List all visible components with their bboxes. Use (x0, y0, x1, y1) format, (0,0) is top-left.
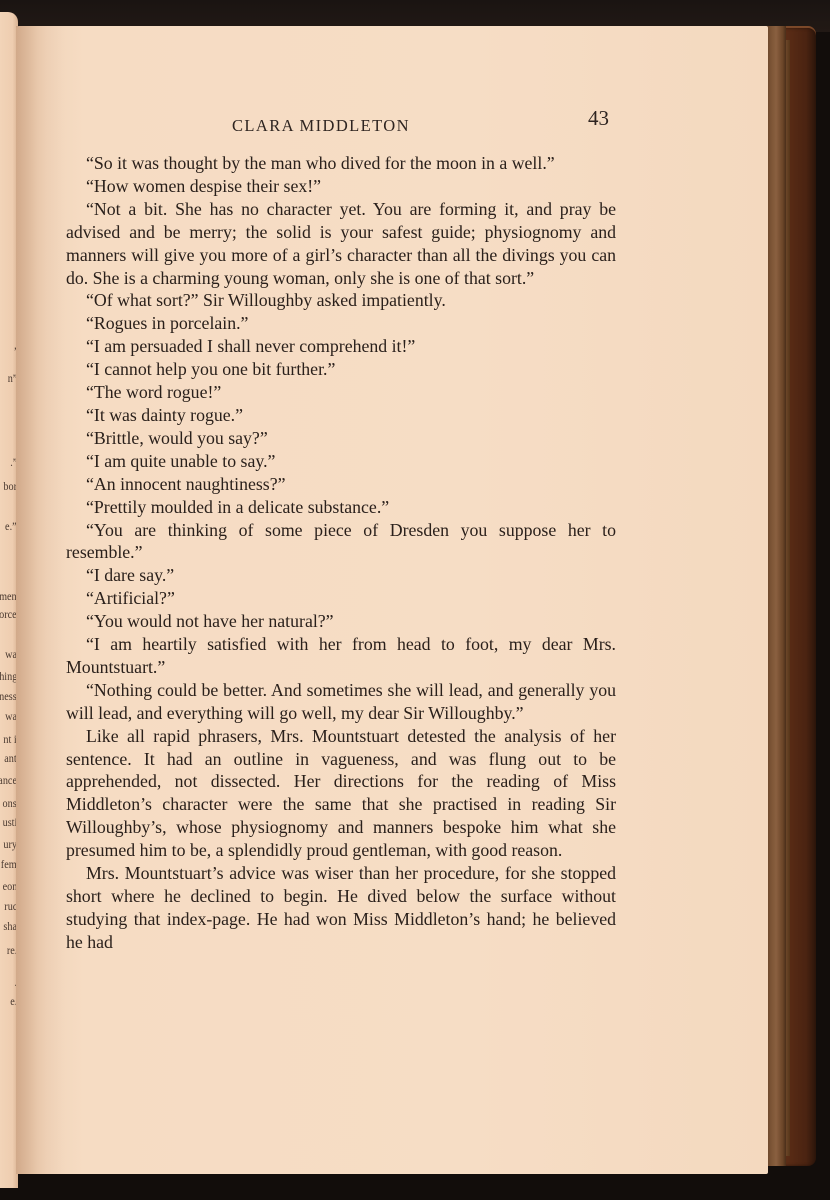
paragraph: “Nothing could be better. And sometimes … (66, 679, 616, 725)
paragraph: “I am quite unable to say.” (66, 450, 616, 473)
paragraph: “I am persuaded I shall never comprehend… (66, 335, 616, 358)
paragraph: “Not a bit. She has no character yet. Yo… (66, 198, 616, 290)
paragraph: “You would not have her natural?” (66, 610, 616, 633)
facing-page-text-fragment: fem (1, 858, 17, 870)
facing-page-text-fragment: orce (0, 608, 17, 620)
paragraph: “So it was thought by the man who dived … (66, 152, 616, 175)
facing-page-text-fragment: ance (0, 774, 17, 786)
paragraph: Like all rapid phrasers, Mrs. Mountstuar… (66, 725, 616, 862)
paragraph: “I dare say.” (66, 564, 616, 587)
paragraph: “Artificial?” (66, 587, 616, 610)
running-head: CLARA MIDDLETON (232, 116, 410, 136)
facing-page-text-fragment: eon (2, 880, 17, 892)
facing-page-text-fragment: bor (3, 480, 17, 492)
paragraph: “I cannot help you one bit further.” (66, 358, 616, 381)
facing-page-text-fragment: men (0, 590, 17, 602)
paragraph: “I am heartily satisfied with her from h… (66, 633, 616, 679)
facing-page-text-fragment: usti (2, 816, 17, 828)
facing-page-text-fragment: hing (0, 670, 17, 682)
paragraph: “The word rogue!” (66, 381, 616, 404)
paragraph: “Rogues in porcelain.” (66, 312, 616, 335)
paragraph: “Prettily moulded in a delicate substanc… (66, 496, 616, 519)
page-number: 43 (588, 106, 609, 131)
paragraph: “You are thinking of some piece of Dresd… (66, 519, 616, 565)
page-body-text: “So it was thought by the man who dived … (66, 152, 616, 954)
paragraph: “It was dainty rogue.” (66, 404, 616, 427)
paragraph: Mrs. Mountstuart’s advice was wiser than… (66, 862, 616, 954)
facing-page-text-fragment: ury (3, 838, 17, 850)
paragraph: “Of what sort?” Sir Willoughby asked imp… (66, 289, 616, 312)
paragraph: “How women despise their sex!” (66, 175, 616, 198)
facing-page-text-fragment: sha (3, 920, 17, 932)
paragraph: “An innocent naughtiness?” (66, 473, 616, 496)
facing-page-text-fragment: nt i (4, 733, 17, 745)
facing-page-text-fragment: ness (0, 690, 17, 702)
paragraph: “Brittle, would you say?” (66, 427, 616, 450)
facing-page-text-fragment: ons (3, 797, 17, 809)
